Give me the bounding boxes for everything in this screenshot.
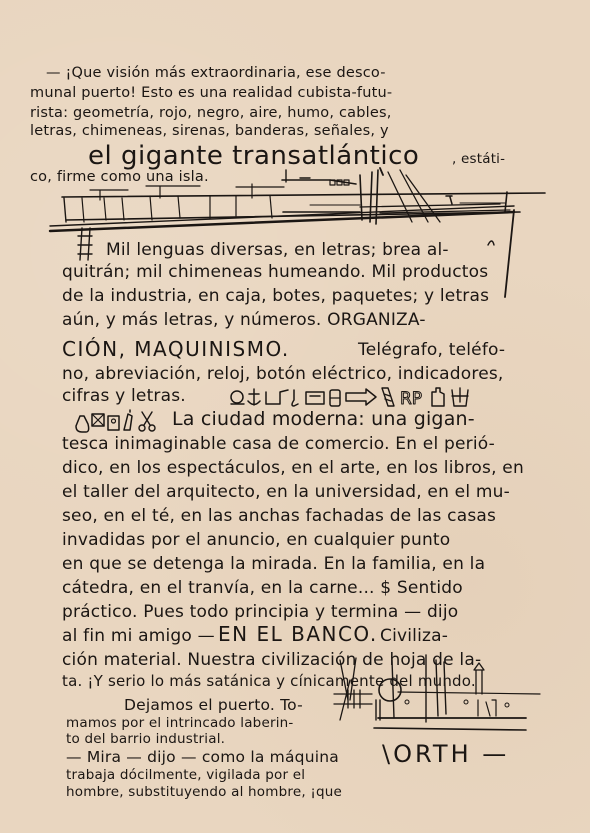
- illustrated-page: — ¡Que visión más extraordinaria, ese de…: [0, 0, 590, 833]
- signature: \ORTH —: [382, 742, 509, 766]
- factory-drawing: [0, 0, 590, 833]
